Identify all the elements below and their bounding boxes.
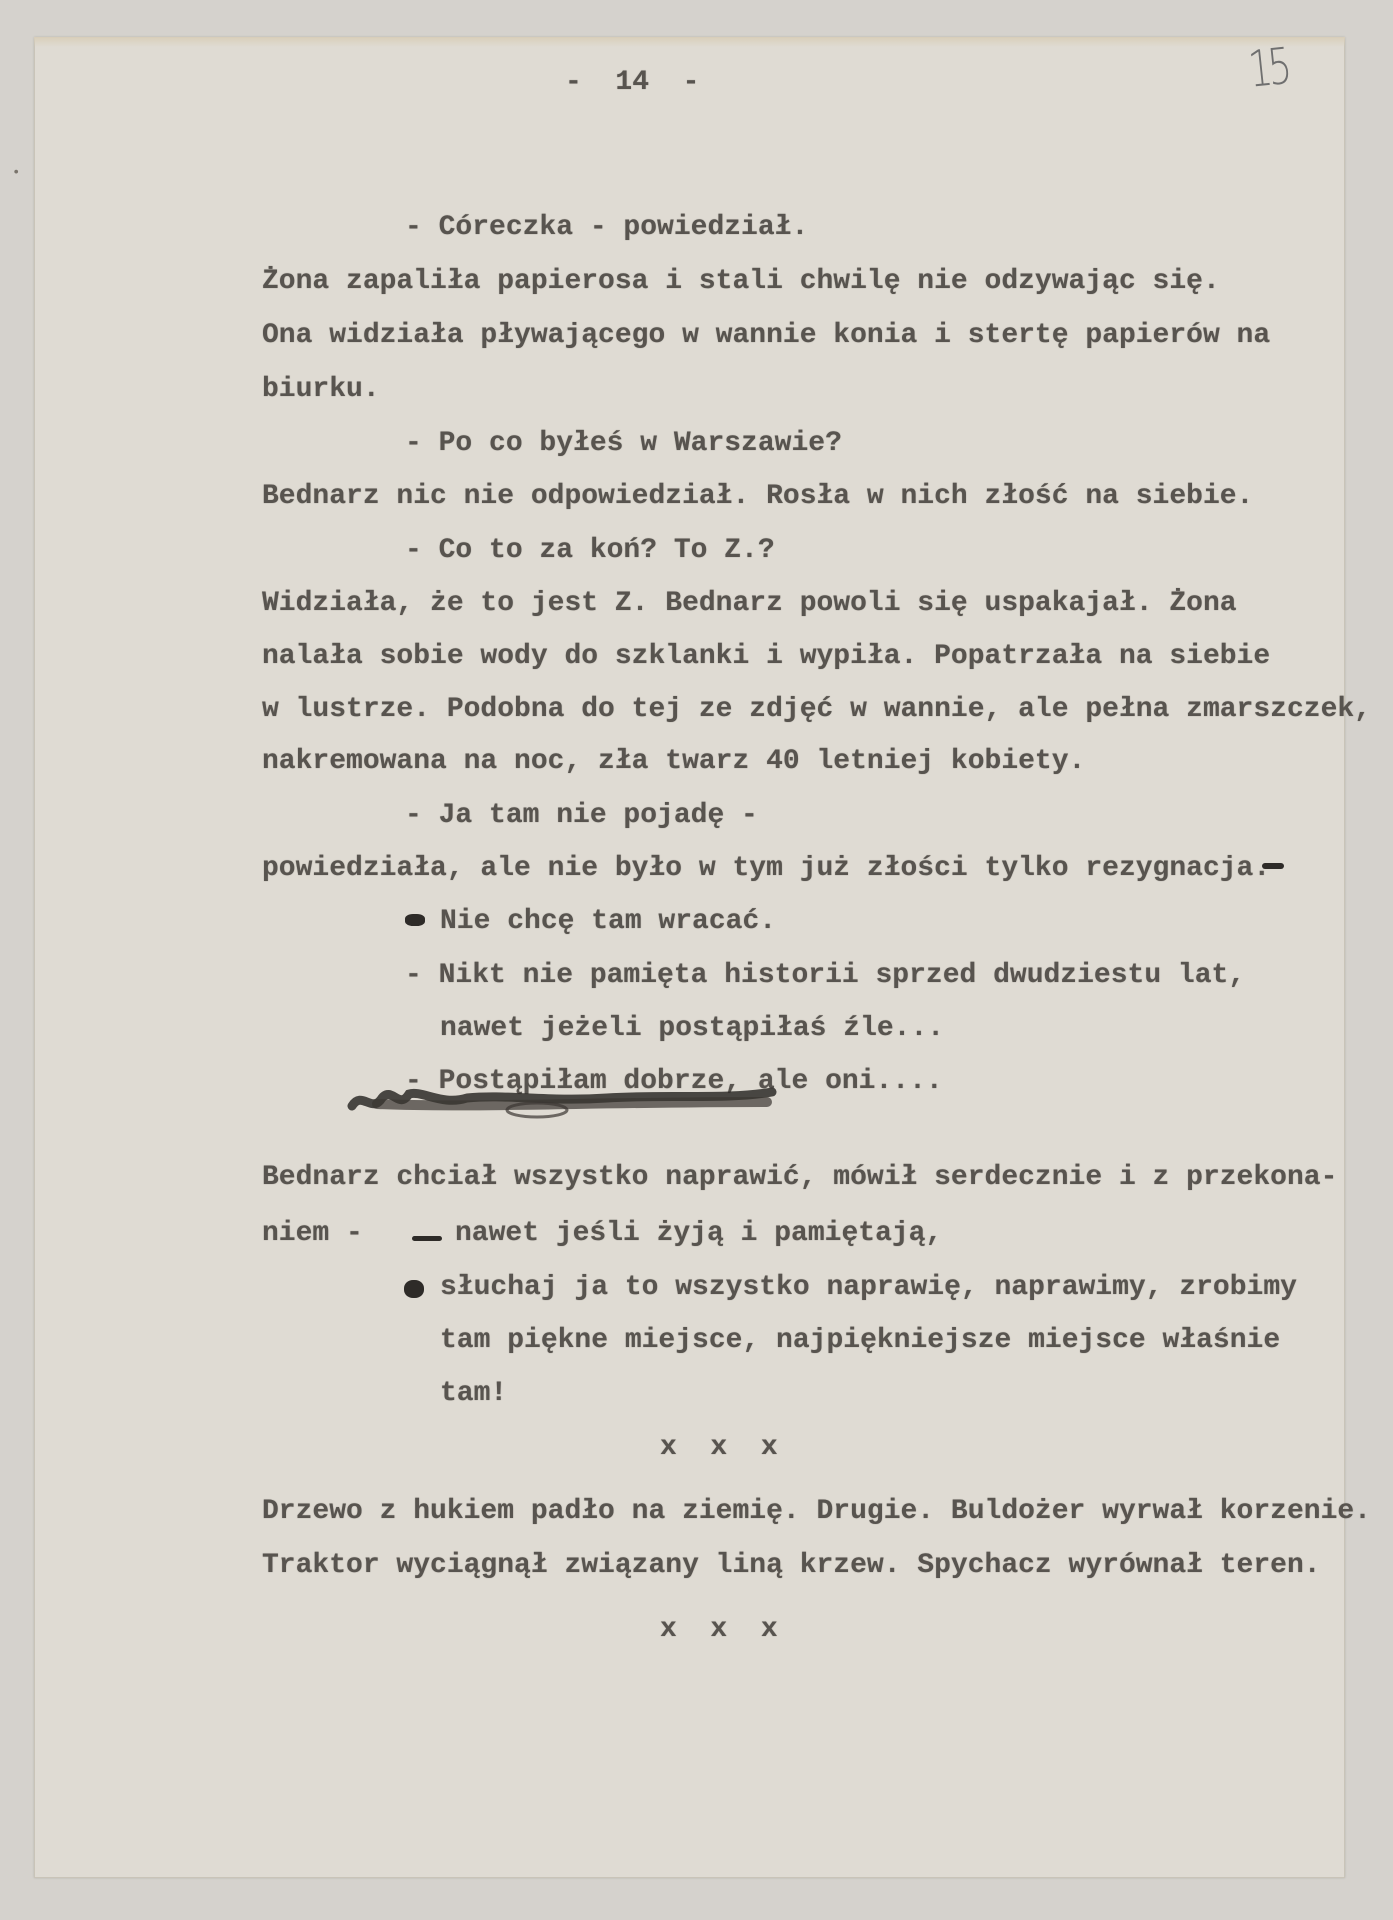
text-line: tam piękne miejsce, najpiękniejsze miejs… <box>440 1325 1280 1357</box>
section-separator: x x x <box>660 1614 778 1646</box>
page-number: - 14 - <box>565 67 699 99</box>
text-line: Bednarz chciał wszystko naprawić, mówił … <box>262 1162 1337 1194</box>
text-line: Traktor wyciągnął związany liną krzew. S… <box>262 1550 1321 1582</box>
text-line: - Co to za koń? To Z.? <box>405 535 775 567</box>
text-line: Bednarz nic nie odpowiedział. Rosła w ni… <box>262 481 1253 513</box>
text-line: nalała sobie wody do szklanki i wypiła. … <box>262 641 1270 673</box>
ink-dash-mark <box>1262 863 1284 869</box>
ink-blot-mark <box>405 914 425 926</box>
text-line: słuchaj ja to wszystko naprawię, naprawi… <box>440 1272 1297 1304</box>
text-line: - Córeczka - powiedział. <box>405 212 808 244</box>
text-line: tam! <box>440 1378 507 1410</box>
text-line: nakremowana na noc, zła twarz 40 letniej… <box>262 746 1085 778</box>
text-line: Nie chcę tam wracać. <box>440 906 776 938</box>
text-line: w lustrze. Podobna do tej ze zdjęć w wan… <box>262 694 1371 726</box>
text-line: Drzewo z hukiem padło na ziemię. Drugie.… <box>262 1496 1371 1528</box>
typewritten-page: 15 <box>34 37 1345 1878</box>
stray-mark: • <box>12 165 20 181</box>
text-line: nawet jeśli żyją i pamiętają, <box>455 1218 942 1250</box>
text-line: - Po co byłeś w Warszawie? <box>405 428 842 460</box>
ink-blot-mark <box>404 1280 424 1298</box>
text-line: Żona zapaliła papierosa i stali chwilę n… <box>262 266 1220 298</box>
text-line: powiedziała, ale nie było w tym już złoś… <box>262 853 1270 885</box>
text-line: Ona widziała pływającego w wannie konia … <box>262 320 1270 352</box>
ink-dash-mark <box>412 1236 442 1241</box>
text-line: - Ja tam nie pojadę - <box>405 800 758 832</box>
text-line: - Nikt nie pamięta historii sprzed dwudz… <box>405 960 1245 992</box>
text-line: biurku. <box>262 374 380 406</box>
archive-page-number: 15 <box>1246 37 1291 99</box>
text-line: niem - <box>262 1218 363 1250</box>
section-separator: x x x <box>660 1432 778 1464</box>
text-line: Widziała, że to jest Z. Bednarz powoli s… <box>262 588 1237 620</box>
text-line: nawet jeżeli postąpiłaś źle... <box>440 1013 944 1045</box>
crossed-out-line: [illegible – struck through by hand] <box>347 1080 777 1120</box>
